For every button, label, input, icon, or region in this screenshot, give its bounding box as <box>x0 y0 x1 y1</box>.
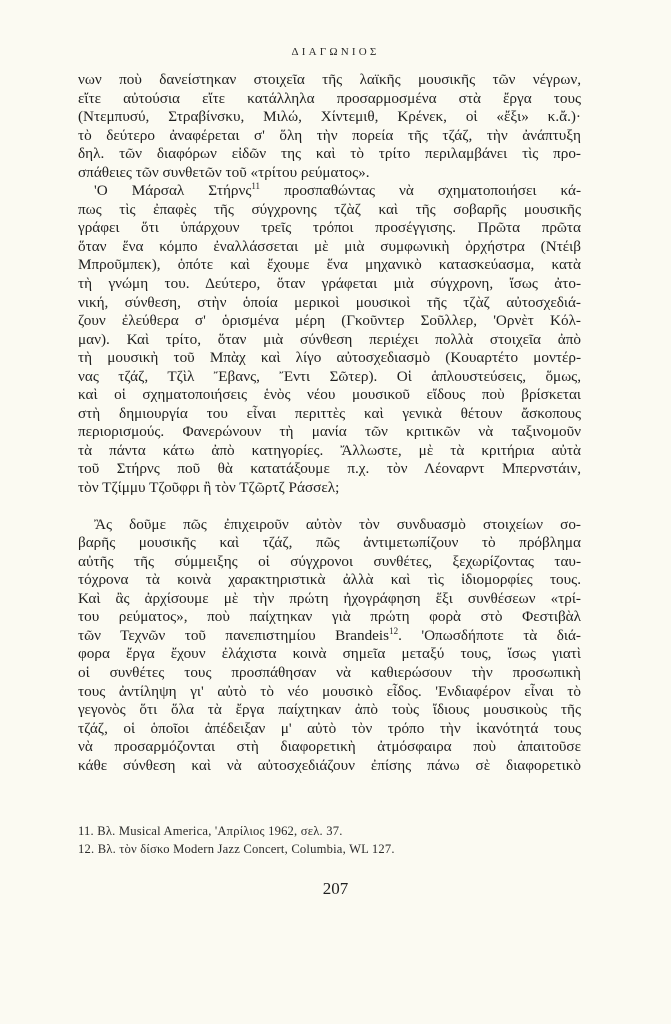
body-text: νων ποὺ δανείστηκαν στοιχεῖα τῆς λαϊκῆς … <box>78 71 581 775</box>
text-line: νων ποὺ δανείστηκαν στοιχεῖα τῆς λαϊκῆς … <box>78 71 581 90</box>
paragraph-2: 'Ο Μάρσαλ Στήρνς11 προσπαθώντας νὰ σχημα… <box>78 182 581 497</box>
text-line: τὴ γνώμη του. Δεύτερο, ὅταν γράφεται μιὰ… <box>78 275 581 294</box>
text-line: του ρεύματος», ποὺ παίχτηκαν γιὰ πρώτη φ… <box>78 608 581 627</box>
footnote-12: 12. Βλ. τὸν δίσκο Modern Jazz Concert, C… <box>78 840 581 858</box>
text-line: τὰ πάντα κάτω ἀπὸ κατηγορίες. Ἄλλωστε, μ… <box>78 442 581 461</box>
section-break <box>78 498 581 516</box>
footnote-ref-11[interactable]: 11 <box>251 181 260 191</box>
text-segment: προσπαθώντας νὰ σχηματοποιήσει κά- <box>260 182 581 199</box>
text-line: τῶν Τεχνῶν τοῦ πανεπιστημίου Brandeis12.… <box>78 627 581 646</box>
text-line: τὸ δεύτερο ἀναφέρεται σ' ὅλη τὴν πορεία … <box>78 127 581 146</box>
text-line: πως τὶς ἐπαφὲς τῆς σύγχρονης τζὰζ καὶ τῆ… <box>78 201 581 220</box>
text-line: Καὶ ἂς ἀρχίσουμε μὲ τὴν πρώτη ἠχογράφηση… <box>78 590 581 609</box>
text-line: τοῦ Στήρνς ποῦ θὰ κατατάξουμε π.χ. τὸν Λ… <box>78 460 581 479</box>
text-line: γεγονὸς ὅτι ὅλα τὰ ἔργα παίχτηκαν ἀπὸ το… <box>78 701 581 720</box>
text-line: Ἂς δοῦμε πῶς ἐπιχειροῦν αὐτὸν τὸν συνδυα… <box>78 516 581 535</box>
text-line: ζουν ἐλεύθερα σ' ὁρισμένα μέρη (Γκοῦντερ… <box>78 312 581 331</box>
text-line: (Ντεμπυσύ, Στραβίνσκυ, Μιλώ, Χίντεμιθ, Κ… <box>78 108 581 127</box>
text-line: ὅταν ἕνα κόμπο ἐναλλάσσεται μὲ μιὰ συμφω… <box>78 238 581 257</box>
text-line: καὶ οἱ σχηματοποιήσεις ἑνὸς νέου μουσικο… <box>78 386 581 405</box>
text-line: τζάζ, οἱ ὁποῖοι ἀπέδειξαν μ' αὐτὸ τὸν τρ… <box>78 720 581 739</box>
text-line: δηλ. τῶν διαφόρων εἰδῶν της καὶ τὸ τρίτο… <box>78 145 581 164</box>
footnote-ref-12[interactable]: 12 <box>389 626 398 636</box>
book-page: ΔΙΑΓΩΝΙΟΣ νων ποὺ δανείστηκαν στοιχεῖα τ… <box>0 0 671 1024</box>
footnote-11: 11. Βλ. Musical America, 'Απρίλιος 1962,… <box>78 822 581 840</box>
text-line: στὴ δημιουργία του εἶναι περιττὲς καὶ γε… <box>78 405 581 424</box>
text-line: νας τζάζ, Τζὶλ Ἔβανς, Ἔντι Σῶτερ). Οἱ ἁπ… <box>78 368 581 387</box>
text-line: Μπροῦμπεκ), ὁπότε καὶ ἔχουμε ἕνα μηχανικ… <box>78 256 581 275</box>
text-line: σπάθειες τῶν συνθετῶν τοῦ «τρίτου ρεύματ… <box>78 164 581 183</box>
text-line: τὸν Τζίμμυ Τζοῦφρι ἢ τὸν Τζῶρτζ Ράσσελ; <box>78 479 581 498</box>
text-line: κάθε σύνθεση καὶ νὰ αὐτοσχεδιάζουν ἐπίση… <box>78 757 581 776</box>
text-line: βαρῆς μουσικῆς καὶ τζάζ, πῶς ἀντιμετωπίζ… <box>78 534 581 553</box>
paragraph-1: νων ποὺ δανείστηκαν στοιχεῖα τῆς λαϊκῆς … <box>78 71 581 182</box>
running-head: ΔΙΑΓΩΝΙΟΣ <box>0 46 671 58</box>
text-line: οἱ συνθέτες τους προσπάθησαν νὰ καθιερώσ… <box>78 664 581 683</box>
text-line: τόχρονα τὰ κοινὰ χαρακτηριστικὰ ἀλλὰ καὶ… <box>78 571 581 590</box>
text-segment: . 'Οπωσδήποτε τὰ διά- <box>398 627 581 644</box>
footnotes: 11. Βλ. Musical America, 'Απρίλιος 1962,… <box>78 822 581 858</box>
text-line: περιορισμούς. Φανερώνουν τὴ μανία τῶν κρ… <box>78 423 581 442</box>
text-line: 'Ο Μάρσαλ Στήρνς11 προσπαθώντας νὰ σχημα… <box>78 182 581 201</box>
text-line: γράφει ὅτι ὑπάρχουν τρεῖς τρόποι προσέγγ… <box>78 219 581 238</box>
paragraph-3: Ἂς δοῦμε πῶς ἐπιχειροῦν αὐτὸν τὸν συνδυα… <box>78 516 581 776</box>
text-line: νὰ προσαρμόζονται στὴ διαφορετικὴ ἀτμόσφ… <box>78 738 581 757</box>
text-line: τὴ μουσικὴ τοῦ Μπὰχ καὶ λίγο αὐτοσχεδιασ… <box>78 349 581 368</box>
text-line: μαν). Καὶ τρίτο, ὅταν μιὰ σύνθεση περιέχ… <box>78 331 581 350</box>
text-segment: 'Ο Μάρσαλ Στήρνς <box>94 182 251 199</box>
text-line: νική, σύνθεση, στὴν ὁποία μερικοὶ μουσικ… <box>78 294 581 313</box>
text-line: φορα ἔργα ἔχουν ἐλάχιστα κοινὰ σημεῖα με… <box>78 645 581 664</box>
text-line: εἴτε αὐτούσια εἴτε κατάλληλα προσαρμοσμέ… <box>78 90 581 109</box>
text-segment: τῶν Τεχνῶν τοῦ πανεπιστημίου Brandeis <box>78 627 389 644</box>
text-line: αὐτῆς τῆς σύμμειξης οἱ σύγχρονοι συνθέτε… <box>78 553 581 572</box>
page-number: 207 <box>0 879 671 899</box>
text-line: τους ἀντίληψη γι' αὐτὸ τὸ νέο μουσικὸ εἶ… <box>78 683 581 702</box>
